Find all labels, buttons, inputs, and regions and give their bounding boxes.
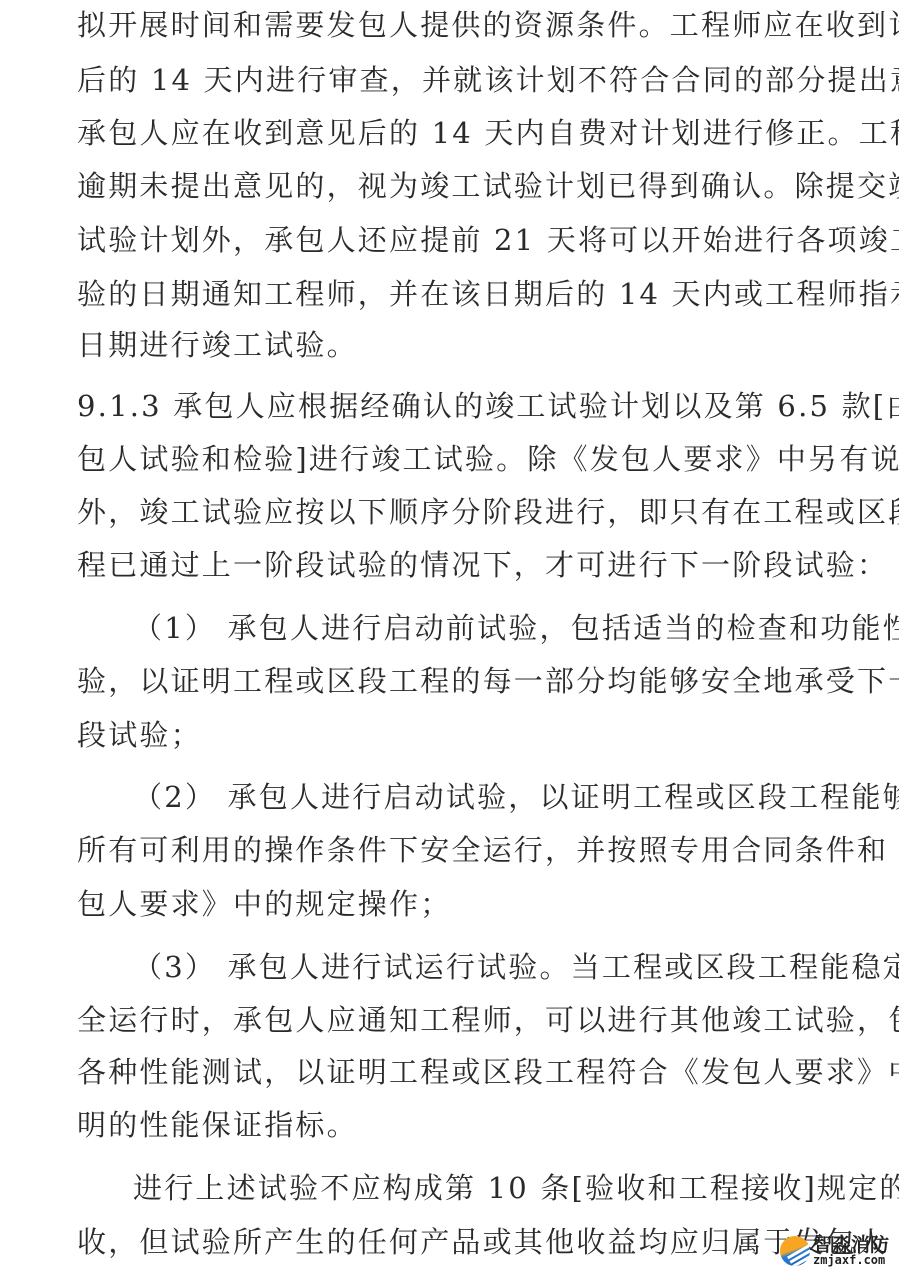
text-line: 收，但试验所产生的任何产品或其他收益均应归属于发包人 (77, 1224, 777, 1260)
text-line: 包人试验和检验]进行竣工试验。除《发包人要求》中另有说明 (77, 441, 833, 477)
text-line: 试验计划外，承包人还应提前 21 天将可以开始进行各项竣工试 (77, 222, 833, 258)
clause-heading-line: 9.1.3 承包人应根据经确认的竣工试验计划以及第 6.5 款[由承 (77, 388, 833, 424)
text-line: （1） 承包人进行启动前试验，包括适当的检查和功能性试 (133, 610, 833, 646)
text-line: 拟开展时间和需要发包人提供的资源条件。工程师应在收到计划 (77, 7, 833, 43)
document-page: 拟开展时间和需要发包人提供的资源条件。工程师应在收到计划 后的 14 天内进行审… (0, 0, 899, 1274)
text-line: （3） 承包人进行试运行试验。当工程或区段工程能稳定安 (133, 949, 833, 985)
text-line: 后的 14 天内进行审查，并就该计划不符合合同的部分提出意见， (77, 62, 833, 98)
text-line: 外，竣工试验应按以下顺序分阶段进行，即只有在工程或区段工 (77, 494, 833, 530)
text-line: 验，以证明工程或区段工程的每一部分均能够安全地承受下一阶 (77, 663, 833, 699)
text-line: 承包人应在收到意见后的 14 天内自费对计划进行修正。工程师 (77, 115, 833, 151)
text-line: 所有可利用的操作条件下安全运行，并按照专用合同条件和《发 (77, 832, 833, 868)
text-line: 进行上述试验不应构成第 10 条[验收和工程接收]规定的接 (133, 1170, 833, 1206)
text-line: 包人要求》中的规定操作； (77, 886, 833, 922)
text-line: 各种性能测试，以证明工程或区段工程符合《发包人要求》中列 (77, 1054, 833, 1090)
text-line: 全运行时，承包人应通知工程师，可以进行其他竣工试验，包括 (77, 1002, 833, 1038)
text-line: 明的性能保证指标。 (77, 1107, 833, 1143)
text-line: 程已通过上一阶段试验的情况下，才可进行下一阶段试验： (77, 547, 833, 583)
watermark-url: zmjaxf.com (813, 1253, 885, 1267)
text-line: （2） 承包人进行启动试验，以证明工程或区段工程能够在 (133, 779, 833, 815)
text-line: 日期进行竣工试验。 (77, 327, 833, 363)
text-line: 逾期未提出意见的，视为竣工试验计划已得到确认。除提交竣工 (77, 168, 833, 204)
text-line: 验的日期通知工程师，并在该日期后的 14 天内或工程师指示的 (77, 276, 833, 312)
watermark: 智淼消防 zmjaxf.com (780, 1228, 898, 1270)
text-line: 段试验； (77, 717, 833, 753)
zmjaxf-logo-icon (780, 1236, 810, 1266)
